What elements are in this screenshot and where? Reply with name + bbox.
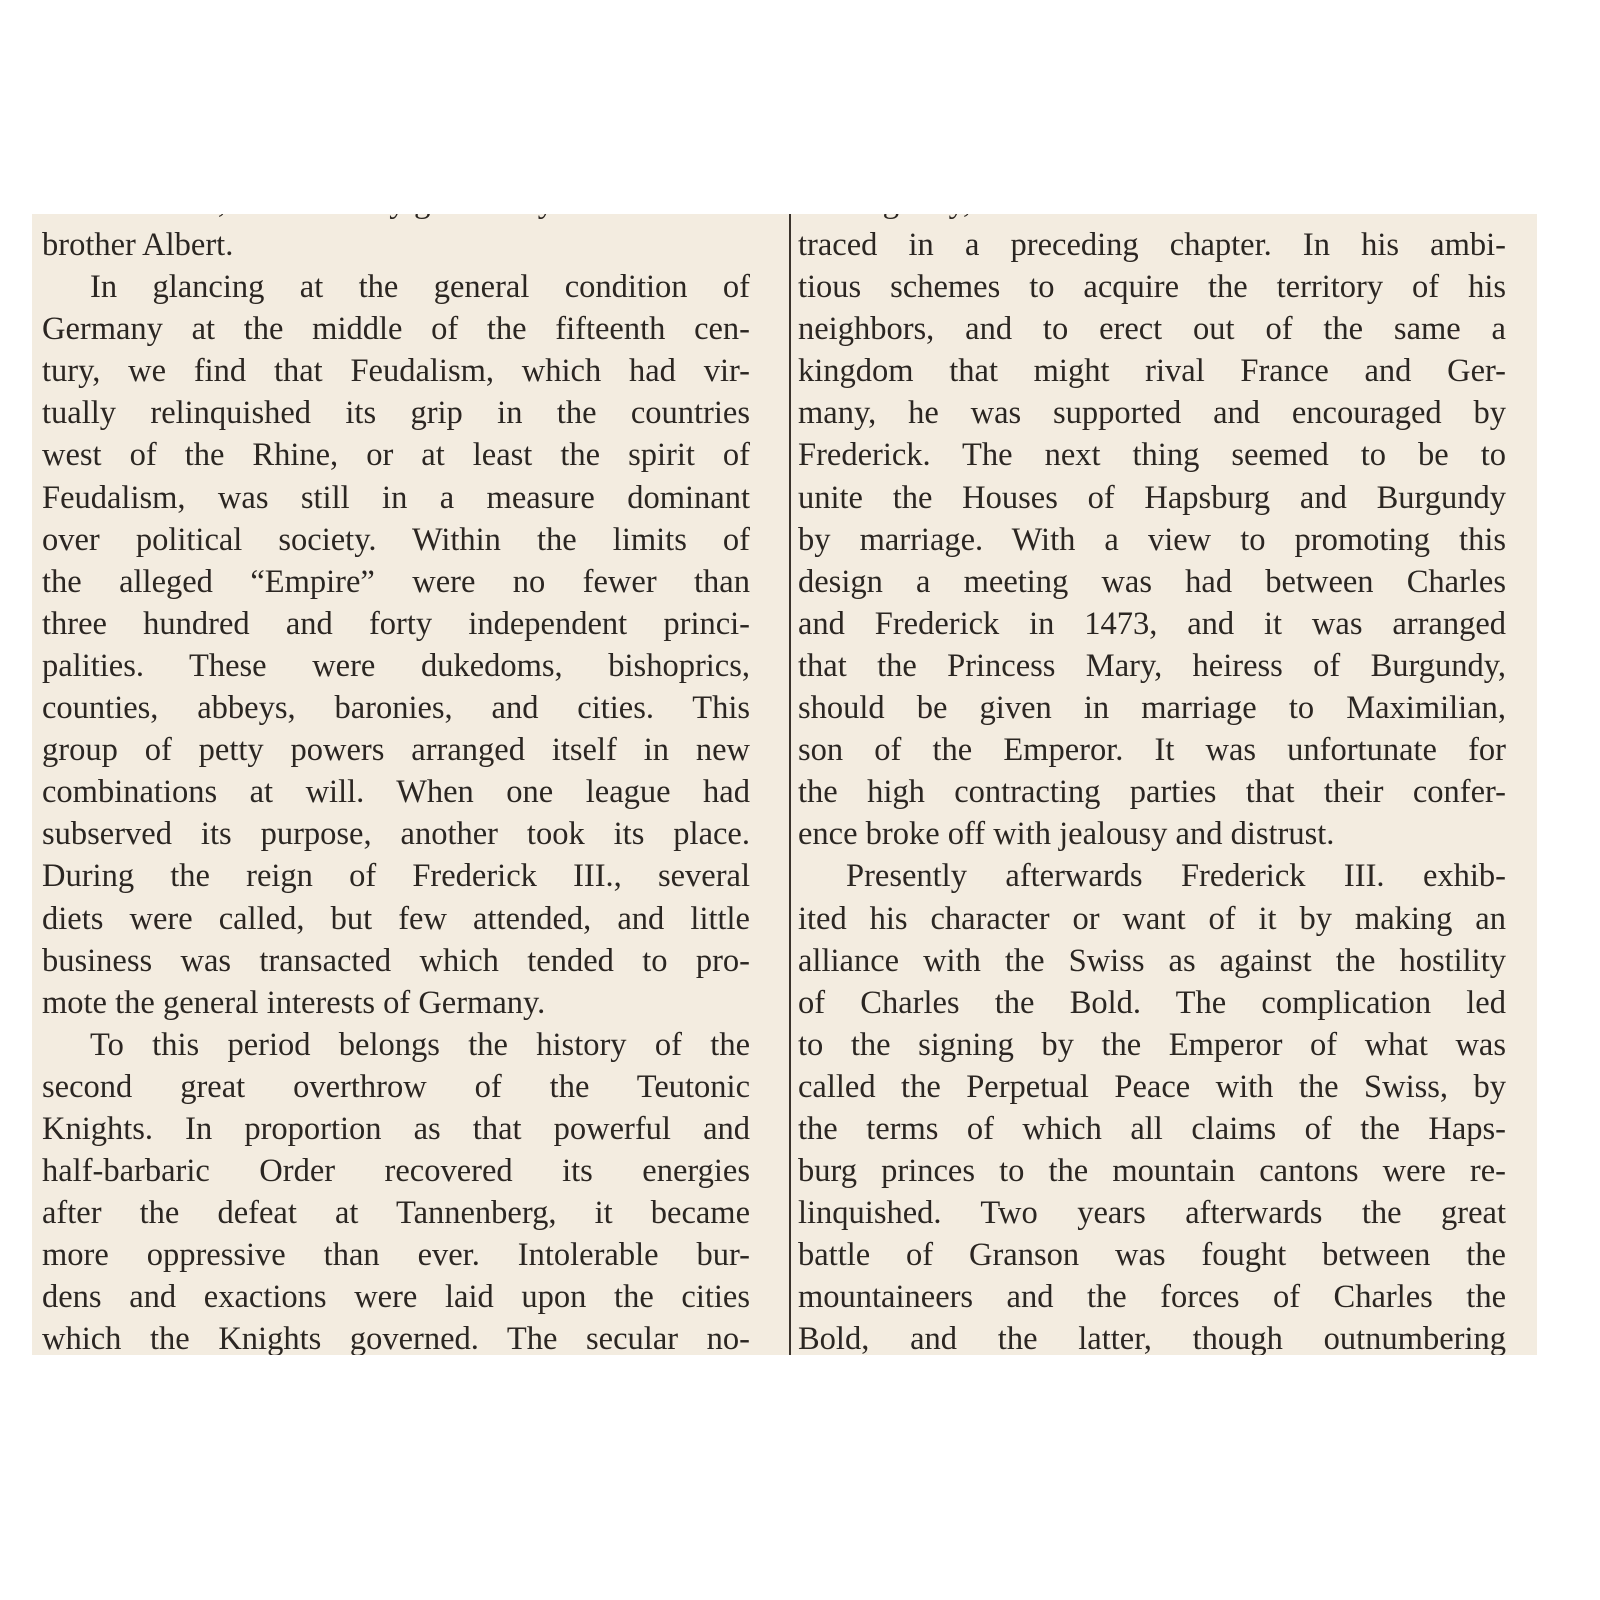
text-line: the alleged “Empire” were no fewer than bbox=[42, 561, 750, 603]
text-line: linquished. Two years afterwards the gre… bbox=[798, 1192, 1506, 1234]
text-line: second great overthrow of the Teutonic bbox=[42, 1066, 750, 1108]
text-line: that the Princess Mary, heiress of Burgu… bbox=[798, 645, 1506, 687]
text-line: neighbors, and to erect out of the same … bbox=[798, 308, 1506, 350]
text-line: three hundred and forty independent prin… bbox=[42, 603, 750, 645]
text-line: half-barbaric Order recovered its energi… bbox=[42, 1150, 750, 1192]
text-line: brother Albert. bbox=[42, 224, 750, 266]
text-line: counties, abbeys, baronies, and cities. … bbox=[42, 687, 750, 729]
text-line: after the defeat at Tannenberg, it becam… bbox=[42, 1192, 750, 1234]
right-column: traced in a preceding chapter. In his am… bbox=[798, 224, 1506, 1355]
text-line: should be given in marriage to Maximilia… bbox=[798, 687, 1506, 729]
text-line: diets were called, but few attended, and… bbox=[42, 898, 750, 940]
text-line: battle of Granson was fought between the bbox=[798, 1234, 1506, 1276]
text-line: to the signing by the Emperor of what wa… bbox=[798, 1024, 1506, 1066]
text-line: ited his character or want of it by maki… bbox=[798, 898, 1506, 940]
text-line: by marriage. With a view to promoting th… bbox=[798, 519, 1506, 561]
text-line: Germany at the middle of the fifteenth c… bbox=[42, 308, 750, 350]
text-line: called the Perpetual Peace with the Swis… bbox=[798, 1066, 1506, 1108]
text-line: burg princes to the mountain cantons wer… bbox=[798, 1150, 1506, 1192]
text-line: the high contracting parties that their … bbox=[798, 771, 1506, 813]
text-line: group of petty powers arranged itself in… bbox=[42, 729, 750, 771]
text-line: son of the Emperor. It was unfortunate f… bbox=[798, 729, 1506, 771]
text-line: mote the general interests of Germany. bbox=[42, 982, 750, 1024]
text-line: subserved its purpose, another took its … bbox=[42, 813, 750, 855]
text-line: tually relinquished its grip in the coun… bbox=[42, 392, 750, 434]
paragraph-start-line: To this period belongs the history of th… bbox=[42, 1024, 750, 1066]
text-line: west of the Rhine, or at least the spiri… bbox=[42, 434, 750, 476]
text-line: During the reign of Frederick III., seve… bbox=[42, 855, 750, 897]
right-column-cutoff-line: of Burgundy, whose career has been bbox=[798, 214, 1506, 222]
left-column-cutoff-line: Frederick III., was mortally grieved by bbox=[42, 214, 750, 222]
text-line: mountaineers and the forces of Charles t… bbox=[798, 1276, 1506, 1318]
text-line: combinations at will. When one league ha… bbox=[42, 771, 750, 813]
text-line: traced in a preceding chapter. In his am… bbox=[798, 224, 1506, 266]
text-line: of Charles the Bold. The complication le… bbox=[798, 982, 1506, 1024]
text-line: design a meeting was had between Charles bbox=[798, 561, 1506, 603]
text-line: over political society. Within the limit… bbox=[42, 519, 750, 561]
text-line: Feudalism, was still in a measure domina… bbox=[42, 477, 750, 519]
text-line: tury, we find that Feudalism, which had … bbox=[42, 350, 750, 392]
text-line: more oppressive than ever. Intolerable b… bbox=[42, 1234, 750, 1276]
text-line: dens and exactions were laid upon the ci… bbox=[42, 1276, 750, 1318]
text-line: tious schemes to acquire the territory o… bbox=[798, 266, 1506, 308]
book-page-scan: Frederick III., was mortally grieved by … bbox=[32, 214, 1537, 1355]
text-line: unite the Houses of Hapsburg and Burgund… bbox=[798, 477, 1506, 519]
left-column: brother Albert. In glancing at the gener… bbox=[42, 224, 750, 1355]
text-line: which the Knights governed. The secular … bbox=[42, 1318, 750, 1355]
text-line: kingdom that might rival France and Ger- bbox=[798, 350, 1506, 392]
text-line: ence broke off with jealousy and distrus… bbox=[798, 813, 1506, 855]
column-divider bbox=[789, 214, 791, 1355]
text-line: palities. These were dukedoms, bishopric… bbox=[42, 645, 750, 687]
text-line: and Frederick in 1473, and it was arrang… bbox=[798, 603, 1506, 645]
text-line: the terms of which all claims of the Hap… bbox=[798, 1108, 1506, 1150]
text-line: Frederick. The next thing seemed to be t… bbox=[798, 434, 1506, 476]
text-line: business was transacted which tended to … bbox=[42, 940, 750, 982]
text-line: alliance with the Swiss as against the h… bbox=[798, 940, 1506, 982]
text-line: Knights. In proportion as that powerful … bbox=[42, 1108, 750, 1150]
paragraph-start-line: Presently afterwards Frederick III. exhi… bbox=[798, 855, 1506, 897]
text-line: many, he was supported and encouraged by bbox=[798, 392, 1506, 434]
text-line: Bold, and the latter, though outnumberin… bbox=[798, 1318, 1506, 1355]
paragraph-start-line: In glancing at the general condition of bbox=[42, 266, 750, 308]
